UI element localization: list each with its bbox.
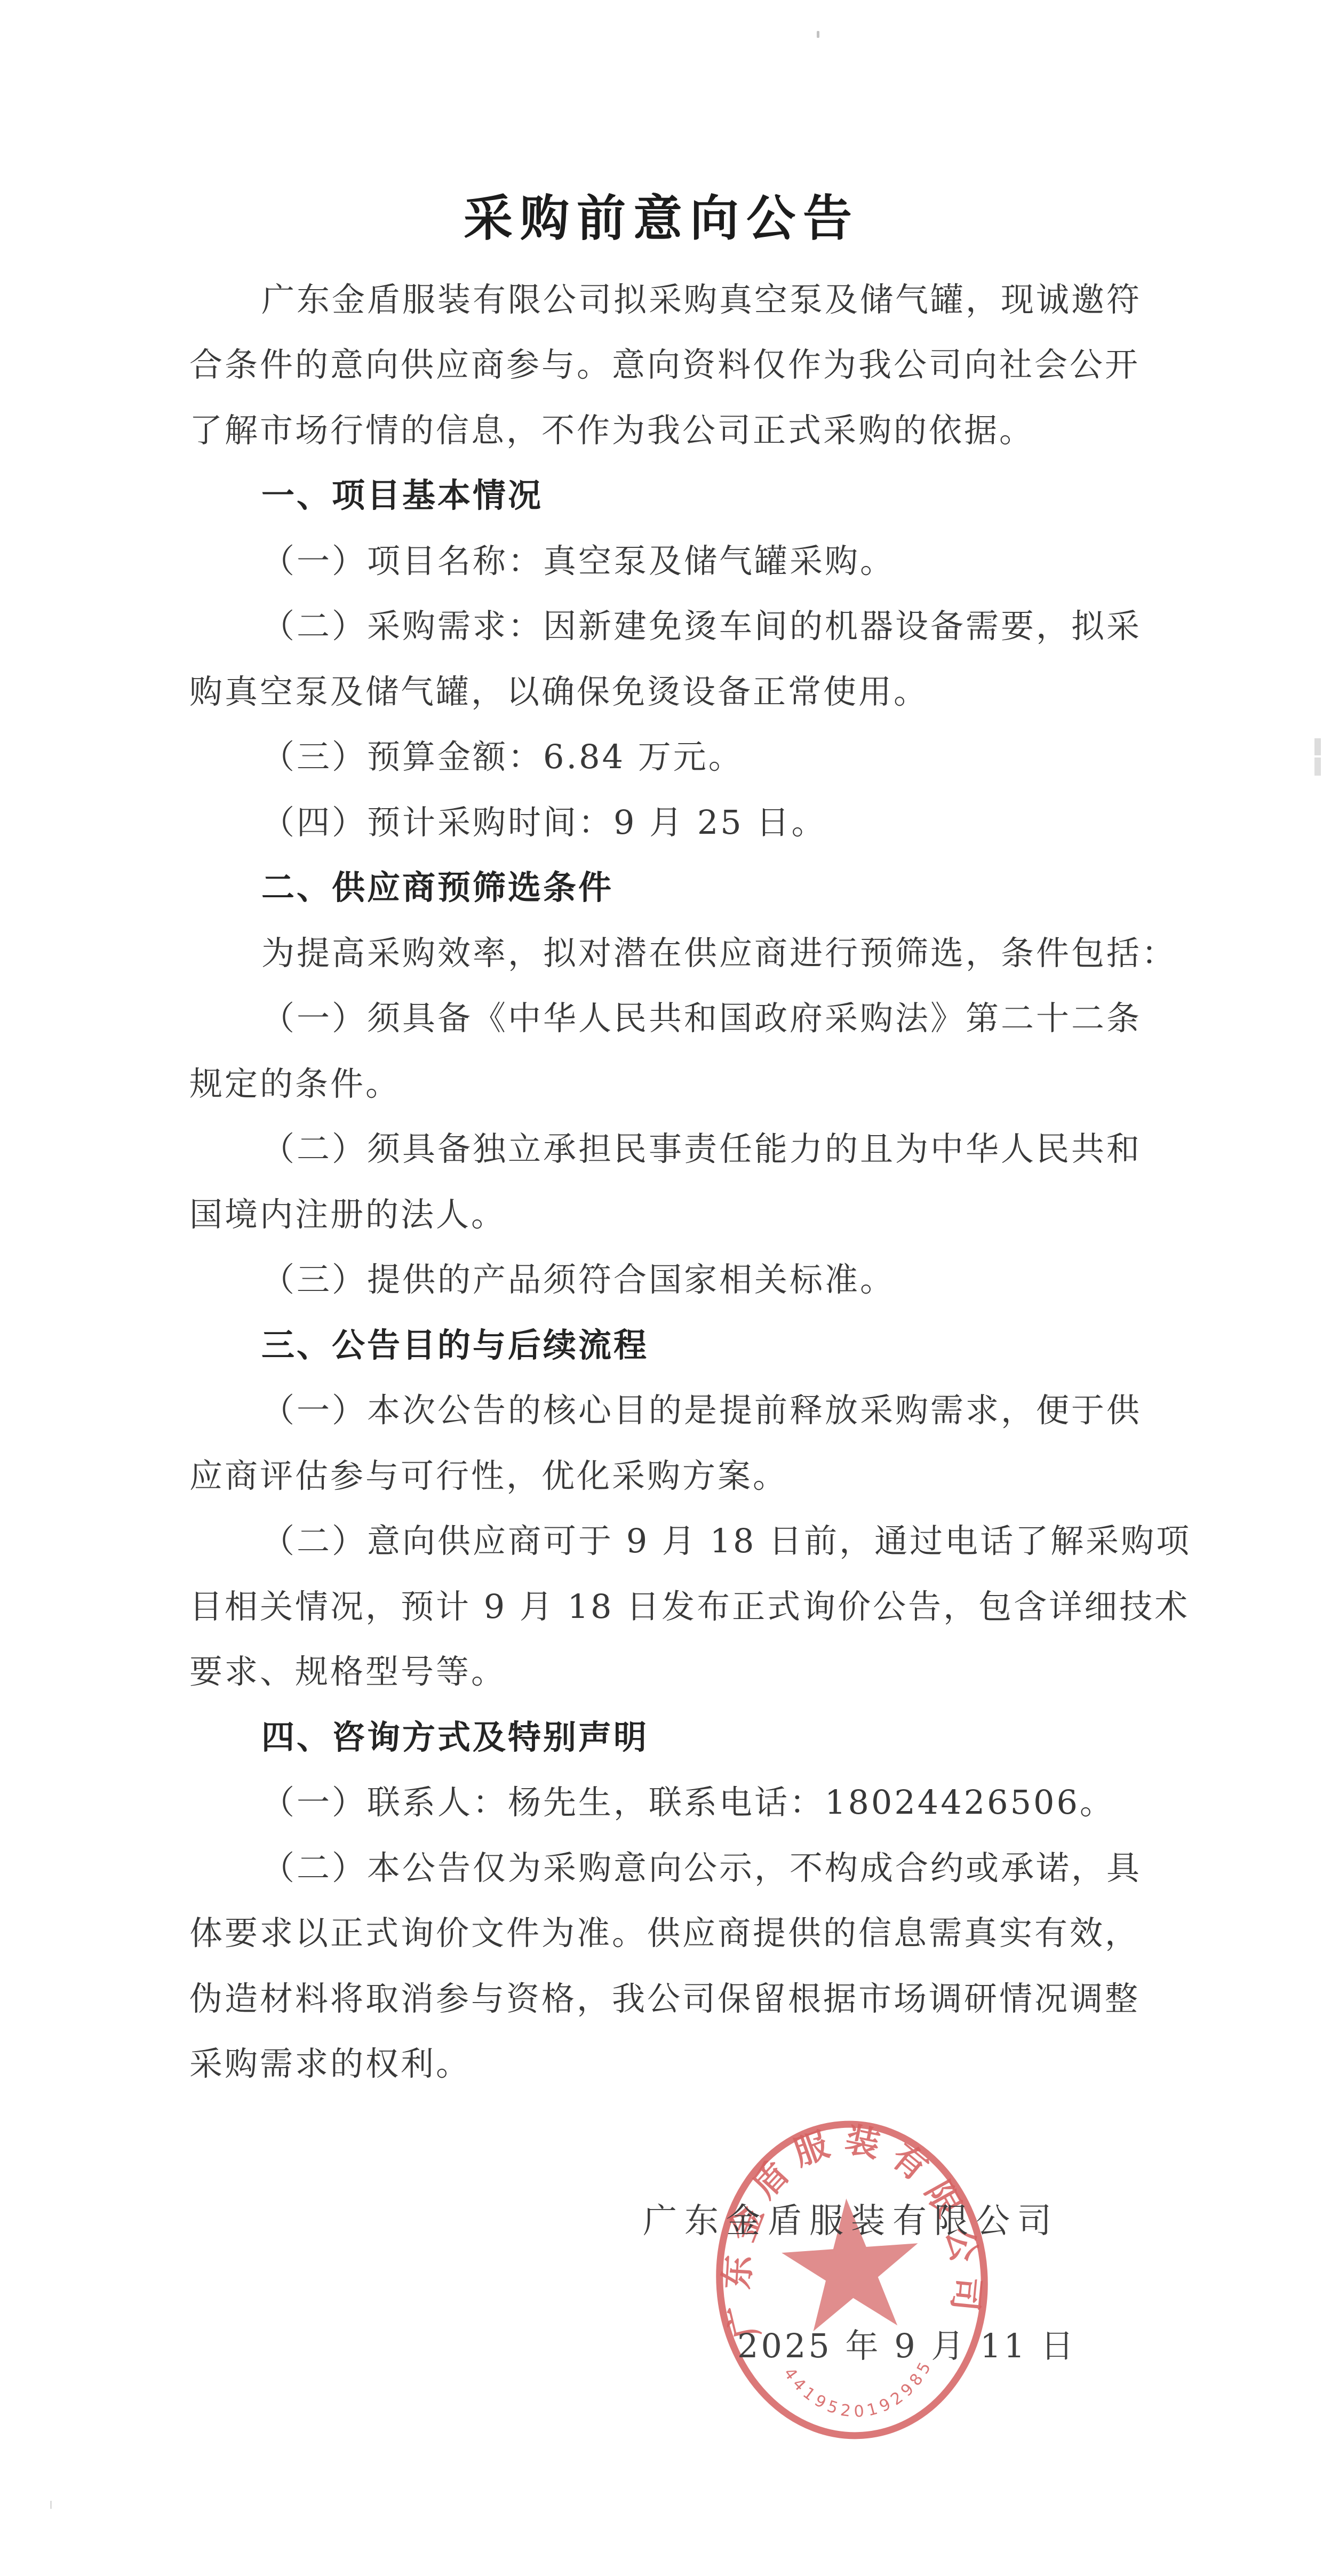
- body-line: （一）项目名称：真空泵及储气罐采购。: [261, 543, 895, 579]
- body-line: （二）意向供应商可于 9 月 18 日前，通过电话了解采购项: [261, 1523, 1191, 1559]
- body-line: （一）本次公告的核心目的是提前释放采购需求，便于供: [261, 1392, 1142, 1429]
- signature-company: 广东金盾服装有限公司: [643, 2194, 1059, 2243]
- scan-speck: [50, 2501, 52, 2509]
- scan-speck: [817, 31, 819, 38]
- body-line: 合条件的意向供应商参与。意向资料仅作为我公司向社会公开: [189, 347, 1140, 383]
- body-line: （一）须具备《中华人民共和国政府采购法》第二十二条: [261, 1000, 1142, 1036]
- body-line: 体要求以正式询价文件为准。供应商提供的信息需真实有效，: [189, 1915, 1140, 1951]
- scan-speck: [1314, 757, 1321, 776]
- body-line: （三）预算金额：6.84 万元。: [261, 739, 744, 775]
- body-line: 应商评估参与可行性，优化采购方案。: [189, 1458, 788, 1494]
- body-line: 目相关情况，预计 9 月 18 日发布正式询价公告，包含详细技术: [189, 1589, 1190, 1625]
- body-line: （二）本公告仅为采购意向公示，不构成合约或承诺，具: [261, 1850, 1142, 1886]
- company-seal: 广东金盾服装有限公司 4419520192985: [700, 2108, 1004, 2452]
- body-line: （二）采购需求：因新建免烫车间的机器设备需要，拟采: [261, 608, 1142, 644]
- section-heading: 一、项目基本情况: [261, 477, 543, 514]
- body-line: （二）须具备独立承担民事责任能力的且为中华人民共和: [261, 1131, 1142, 1167]
- body-line: 了解市场行情的信息，不作为我公司正式采购的依据。: [189, 412, 1034, 449]
- body-line: 要求、规格型号等。: [189, 1654, 506, 1690]
- body-line: 为提高采购效率，拟对潜在供应商进行预筛选，条件包括：: [261, 935, 1177, 971]
- document-page: 采购前意向公告 广东金盾服装有限公司拟采购真空泵及储气罐，现诚邀符 合条件的意向…: [0, 0, 1323, 2576]
- body-line: 伪造材料将取消参与资格，我公司保留根据市场调研情况调整: [189, 1981, 1140, 2017]
- section-heading: 三、公告目的与后续流程: [261, 1327, 649, 1363]
- body-line: 国境内注册的法人。: [189, 1197, 506, 1233]
- section-heading: 二、供应商预筛选条件: [261, 870, 613, 906]
- body-line: 购真空泵及储气罐，以确保免烫设备正常使用。: [189, 674, 929, 710]
- body-line: （四）预计采购时间：9 月 25 日。: [261, 804, 826, 841]
- signature-date: 2025 年 9 月 11 日: [737, 2319, 1077, 2367]
- body-line: 采购需求的权利。: [189, 2046, 471, 2082]
- section-heading: 四、咨询方式及特别声明: [261, 1719, 649, 1756]
- body-line: 规定的条件。: [189, 1066, 401, 1102]
- body-line: （一）联系人：杨先生，联系电话：18024426506。: [261, 1784, 1115, 1821]
- body-line: 广东金盾服装有限公司拟采购真空泵及储气罐，现诚邀符: [261, 282, 1142, 318]
- scan-speck: [1314, 738, 1321, 755]
- page-title: 采购前意向公告: [0, 179, 1323, 250]
- body-line: （三）提供的产品须符合国家相关标准。: [261, 1262, 895, 1298]
